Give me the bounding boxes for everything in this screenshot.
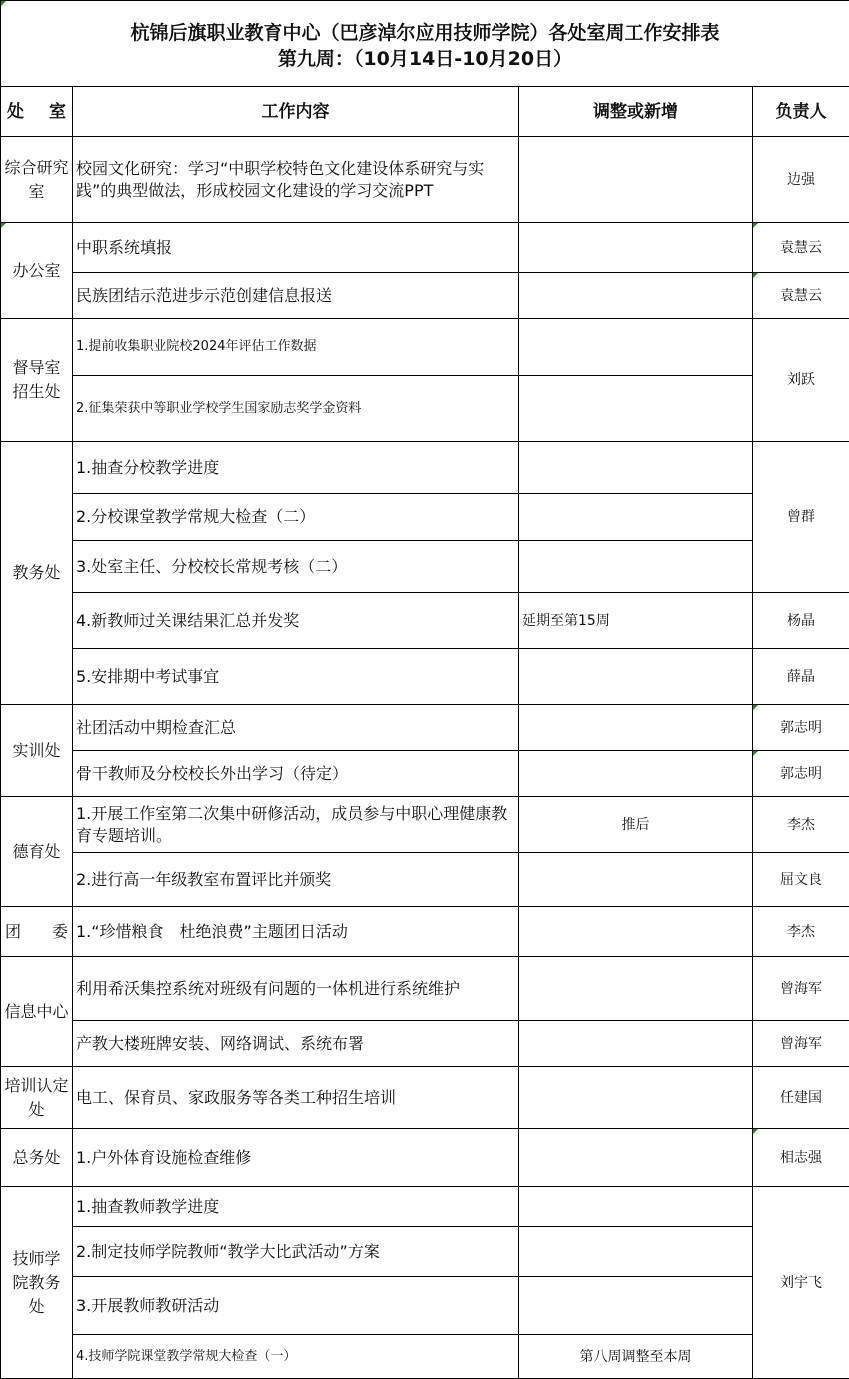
owner-cell[interactable]: 袁慧云 bbox=[753, 273, 849, 319]
task-cell[interactable]: 民族团结示范进步示范创建信息报送 bbox=[73, 273, 519, 319]
adjust-cell[interactable] bbox=[519, 442, 753, 494]
table-row: 2.分校课堂教学常规大检查（二） bbox=[1, 494, 849, 541]
header-dept[interactable]: 处 室 bbox=[1, 87, 73, 137]
adjust-cell[interactable] bbox=[519, 1227, 753, 1277]
owner-cell[interactable]: 杨晶 bbox=[753, 593, 849, 649]
schedule-table: 杭锦后旗职业教育中心（巴彦淖尔应用技师学院）各处室周工作安排表 第九周：（10月… bbox=[0, 0, 849, 1379]
table-row: 实训处 社团活动中期检查汇总 郭志明 bbox=[1, 705, 849, 751]
adjust-cell[interactable] bbox=[519, 957, 753, 1021]
table-row: 督导室招生处 1.提前收集职业院校2024年评估工作数据 刘跃 bbox=[1, 319, 849, 376]
table-row: 3.处室主任、分校校长常规考核（二） bbox=[1, 541, 849, 593]
dept-cell-supervision[interactable]: 督导室招生处 bbox=[1, 319, 73, 442]
task-cell[interactable]: 利用希沃集控系统对班级有问题的一体机进行系统维护 bbox=[73, 957, 519, 1021]
adjust-cell[interactable] bbox=[519, 907, 753, 957]
task-cell[interactable]: 中职系统填报 bbox=[73, 223, 519, 273]
task-cell[interactable]: 1.抽查教师教学进度 bbox=[73, 1187, 519, 1227]
adjust-cell[interactable] bbox=[519, 705, 753, 751]
sheet-title-cell[interactable]: 杭锦后旗职业教育中心（巴彦淖尔应用技师学院）各处室周工作安排表 第九周：（10月… bbox=[1, 1, 849, 87]
adjust-cell[interactable] bbox=[519, 376, 753, 442]
task-cell[interactable]: 5.安排期中考试事宜 bbox=[73, 649, 519, 705]
owner-cell[interactable]: 李杰 bbox=[753, 797, 849, 853]
adjust-cell[interactable] bbox=[519, 223, 753, 273]
table-row: 综合研究室 校园文化研究：学习“中职学校特色文化建设体系研究与实践”的典型做法，… bbox=[1, 137, 849, 223]
adjust-cell[interactable] bbox=[519, 853, 753, 907]
header-owner[interactable]: 负责人 bbox=[753, 87, 849, 137]
dept-cell-moral[interactable]: 德育处 bbox=[1, 797, 73, 907]
task-cell[interactable]: 校园文化研究：学习“中职学校特色文化建设体系研究与实践”的典型做法，形成校园文化… bbox=[73, 137, 519, 223]
dept-label: 督导室招生处 bbox=[10, 356, 64, 404]
task-cell[interactable]: 1.开展工作室第二次集中研修活动，成员参与中职心理健康教育专题培训。 bbox=[73, 797, 519, 853]
dept-cell-certification[interactable]: 培训认定处 bbox=[1, 1067, 73, 1129]
table-row: 德育处 1.开展工作室第二次集中研修活动，成员参与中职心理健康教育专题培训。 推… bbox=[1, 797, 849, 853]
table-row: 办公室 中职系统填报 袁慧云 bbox=[1, 223, 849, 273]
table-row: 2.征集荣获中等职业学校学生国家励志奖学金资料 bbox=[1, 376, 849, 442]
adjust-cell[interactable] bbox=[519, 1067, 753, 1129]
task-cell[interactable]: 社团活动中期检查汇总 bbox=[73, 705, 519, 751]
adjust-cell[interactable]: 推后 bbox=[519, 797, 753, 853]
task-cell[interactable]: 2.进行高一年级教室布置评比并颁奖 bbox=[73, 853, 519, 907]
owner-cell[interactable]: 曾群 bbox=[753, 442, 849, 593]
owner-cell[interactable]: 刘跃 bbox=[753, 319, 849, 442]
task-cell[interactable]: 1.“珍惜粮食 杜绝浪费”主题团日活动 bbox=[73, 907, 519, 957]
weekly-schedule-sheet: 杭锦后旗职业教育中心（巴彦淖尔应用技师学院）各处室周工作安排表 第九周：（10月… bbox=[0, 0, 849, 1379]
table-row: 3.开展教师教研活动 bbox=[1, 1277, 849, 1335]
owner-cell[interactable]: 袁慧云 bbox=[753, 223, 849, 273]
adjust-cell[interactable] bbox=[519, 494, 753, 541]
owner-cell[interactable]: 郭志明 bbox=[753, 705, 849, 751]
task-cell[interactable]: 3.处室主任、分校校长常规考核（二） bbox=[73, 541, 519, 593]
table-row: 骨干教师及分校校长外出学习（待定） 郭志明 bbox=[1, 751, 849, 797]
adjust-cell[interactable] bbox=[519, 751, 753, 797]
header-adjust[interactable]: 调整或新增 bbox=[519, 87, 753, 137]
dept-cell-research[interactable]: 综合研究室 bbox=[1, 137, 73, 223]
table-row: 民族团结示范进步示范创建信息报送 袁慧云 bbox=[1, 273, 849, 319]
adjust-cell[interactable] bbox=[519, 1129, 753, 1187]
adjust-cell[interactable]: 第八周调整至本周 bbox=[519, 1335, 753, 1379]
table-row: 产教大楼班牌安装、网络调试、系统布署 曾海军 bbox=[1, 1021, 849, 1067]
owner-cell[interactable]: 郭志明 bbox=[753, 751, 849, 797]
task-cell[interactable]: 1.户外体育设施检查维修 bbox=[73, 1129, 519, 1187]
adjust-cell[interactable] bbox=[519, 273, 753, 319]
table-row: 5.安排期中考试事宜 薛晶 bbox=[1, 649, 849, 705]
task-cell[interactable]: 产教大楼班牌安装、网络调试、系统布署 bbox=[73, 1021, 519, 1067]
task-cell[interactable]: 2.制定技师学院教师“教学大比武活动”方案 bbox=[73, 1227, 519, 1277]
sheet-title: 杭锦后旗职业教育中心（巴彦淖尔应用技师学院）各处室周工作安排表 bbox=[4, 20, 846, 46]
table-row: 4.技师学院课堂教学常规大检查（一） 第八周调整至本周 bbox=[1, 1335, 849, 1379]
task-cell[interactable]: 骨干教师及分校校长外出学习（待定） bbox=[73, 751, 519, 797]
dept-cell-office[interactable]: 办公室 bbox=[1, 223, 73, 319]
task-cell[interactable]: 4.技师学院课堂教学常规大检查（一） bbox=[73, 1335, 519, 1379]
task-cell[interactable]: 1.抽查分校教学进度 bbox=[73, 442, 519, 494]
table-row: 2.制定技师学院教师“教学大比武活动”方案 bbox=[1, 1227, 849, 1277]
table-row: 技师学院教务处 1.抽查教师教学进度 刘宇飞 bbox=[1, 1187, 849, 1227]
adjust-cell[interactable] bbox=[519, 319, 753, 376]
header-content[interactable]: 工作内容 bbox=[73, 87, 519, 137]
task-cell[interactable]: 电工、保育员、家政服务等各类工种招生培训 bbox=[73, 1067, 519, 1129]
owner-cell[interactable]: 曾海军 bbox=[753, 1021, 849, 1067]
task-cell[interactable]: 2.征集荣获中等职业学校学生国家励志奖学金资料 bbox=[73, 376, 519, 442]
dept-cell-training[interactable]: 实训处 bbox=[1, 705, 73, 797]
week-subtitle: 第九周：（10月14日-10月20日） bbox=[4, 46, 846, 72]
table-row: 4.新教师过关课结果汇总并发奖 延期至第15周 杨晶 bbox=[1, 593, 849, 649]
task-cell[interactable]: 3.开展教师教研活动 bbox=[73, 1277, 519, 1335]
adjust-cell[interactable] bbox=[519, 541, 753, 593]
table-row: 总务处 1.户外体育设施检查维修 相志强 bbox=[1, 1129, 849, 1187]
dept-cell-info-center[interactable]: 信息中心 bbox=[1, 957, 73, 1067]
table-row: 团 委 1.“珍惜粮食 杜绝浪费”主题团日活动 李杰 bbox=[1, 907, 849, 957]
adjust-cell[interactable] bbox=[519, 649, 753, 705]
owner-cell[interactable]: 曾海军 bbox=[753, 957, 849, 1021]
task-cell[interactable]: 4.新教师过关课结果汇总并发奖 bbox=[73, 593, 519, 649]
owner-cell[interactable]: 任建国 bbox=[753, 1067, 849, 1129]
table-row: 2.进行高一年级教室布置评比并颁奖 屈文良 bbox=[1, 853, 849, 907]
adjust-cell[interactable] bbox=[519, 1277, 753, 1335]
adjust-cell[interactable] bbox=[519, 137, 753, 223]
dept-cell-technician-academic[interactable]: 技师学院教务处 bbox=[1, 1187, 73, 1379]
header-row: 处 室 工作内容 调整或新增 负责人 bbox=[1, 87, 849, 137]
title-row: 杭锦后旗职业教育中心（巴彦淖尔应用技师学院）各处室周工作安排表 第九周：（10月… bbox=[1, 1, 849, 87]
adjust-cell[interactable] bbox=[519, 1187, 753, 1227]
dept-cell-academic[interactable]: 教务处 bbox=[1, 442, 73, 705]
dept-cell-general-affairs[interactable]: 总务处 bbox=[1, 1129, 73, 1187]
task-cell[interactable]: 2.分校课堂教学常规大检查（二） bbox=[73, 494, 519, 541]
owner-cell[interactable]: 薛晶 bbox=[753, 649, 849, 705]
owner-cell[interactable]: 李杰 bbox=[753, 907, 849, 957]
dept-label: 技师学院教务处 bbox=[10, 1247, 64, 1319]
table-row: 教务处 1.抽查分校教学进度 曾群 bbox=[1, 442, 849, 494]
dept-cell-youth-league[interactable]: 团 委 bbox=[1, 907, 73, 957]
task-cell[interactable]: 1.提前收集职业院校2024年评估工作数据 bbox=[73, 319, 519, 376]
table-row: 信息中心 利用希沃集控系统对班级有问题的一体机进行系统维护 曾海军 bbox=[1, 957, 849, 1021]
owner-cell[interactable]: 边强 bbox=[753, 137, 849, 223]
owner-cell[interactable]: 屈文良 bbox=[753, 853, 849, 907]
table-row: 培训认定处 电工、保育员、家政服务等各类工种招生培训 任建国 bbox=[1, 1067, 849, 1129]
adjust-cell[interactable] bbox=[519, 1021, 753, 1067]
owner-cell[interactable]: 刘宇飞 bbox=[753, 1187, 849, 1379]
owner-cell[interactable]: 相志强 bbox=[753, 1129, 849, 1187]
adjust-cell[interactable]: 延期至第15周 bbox=[519, 593, 753, 649]
